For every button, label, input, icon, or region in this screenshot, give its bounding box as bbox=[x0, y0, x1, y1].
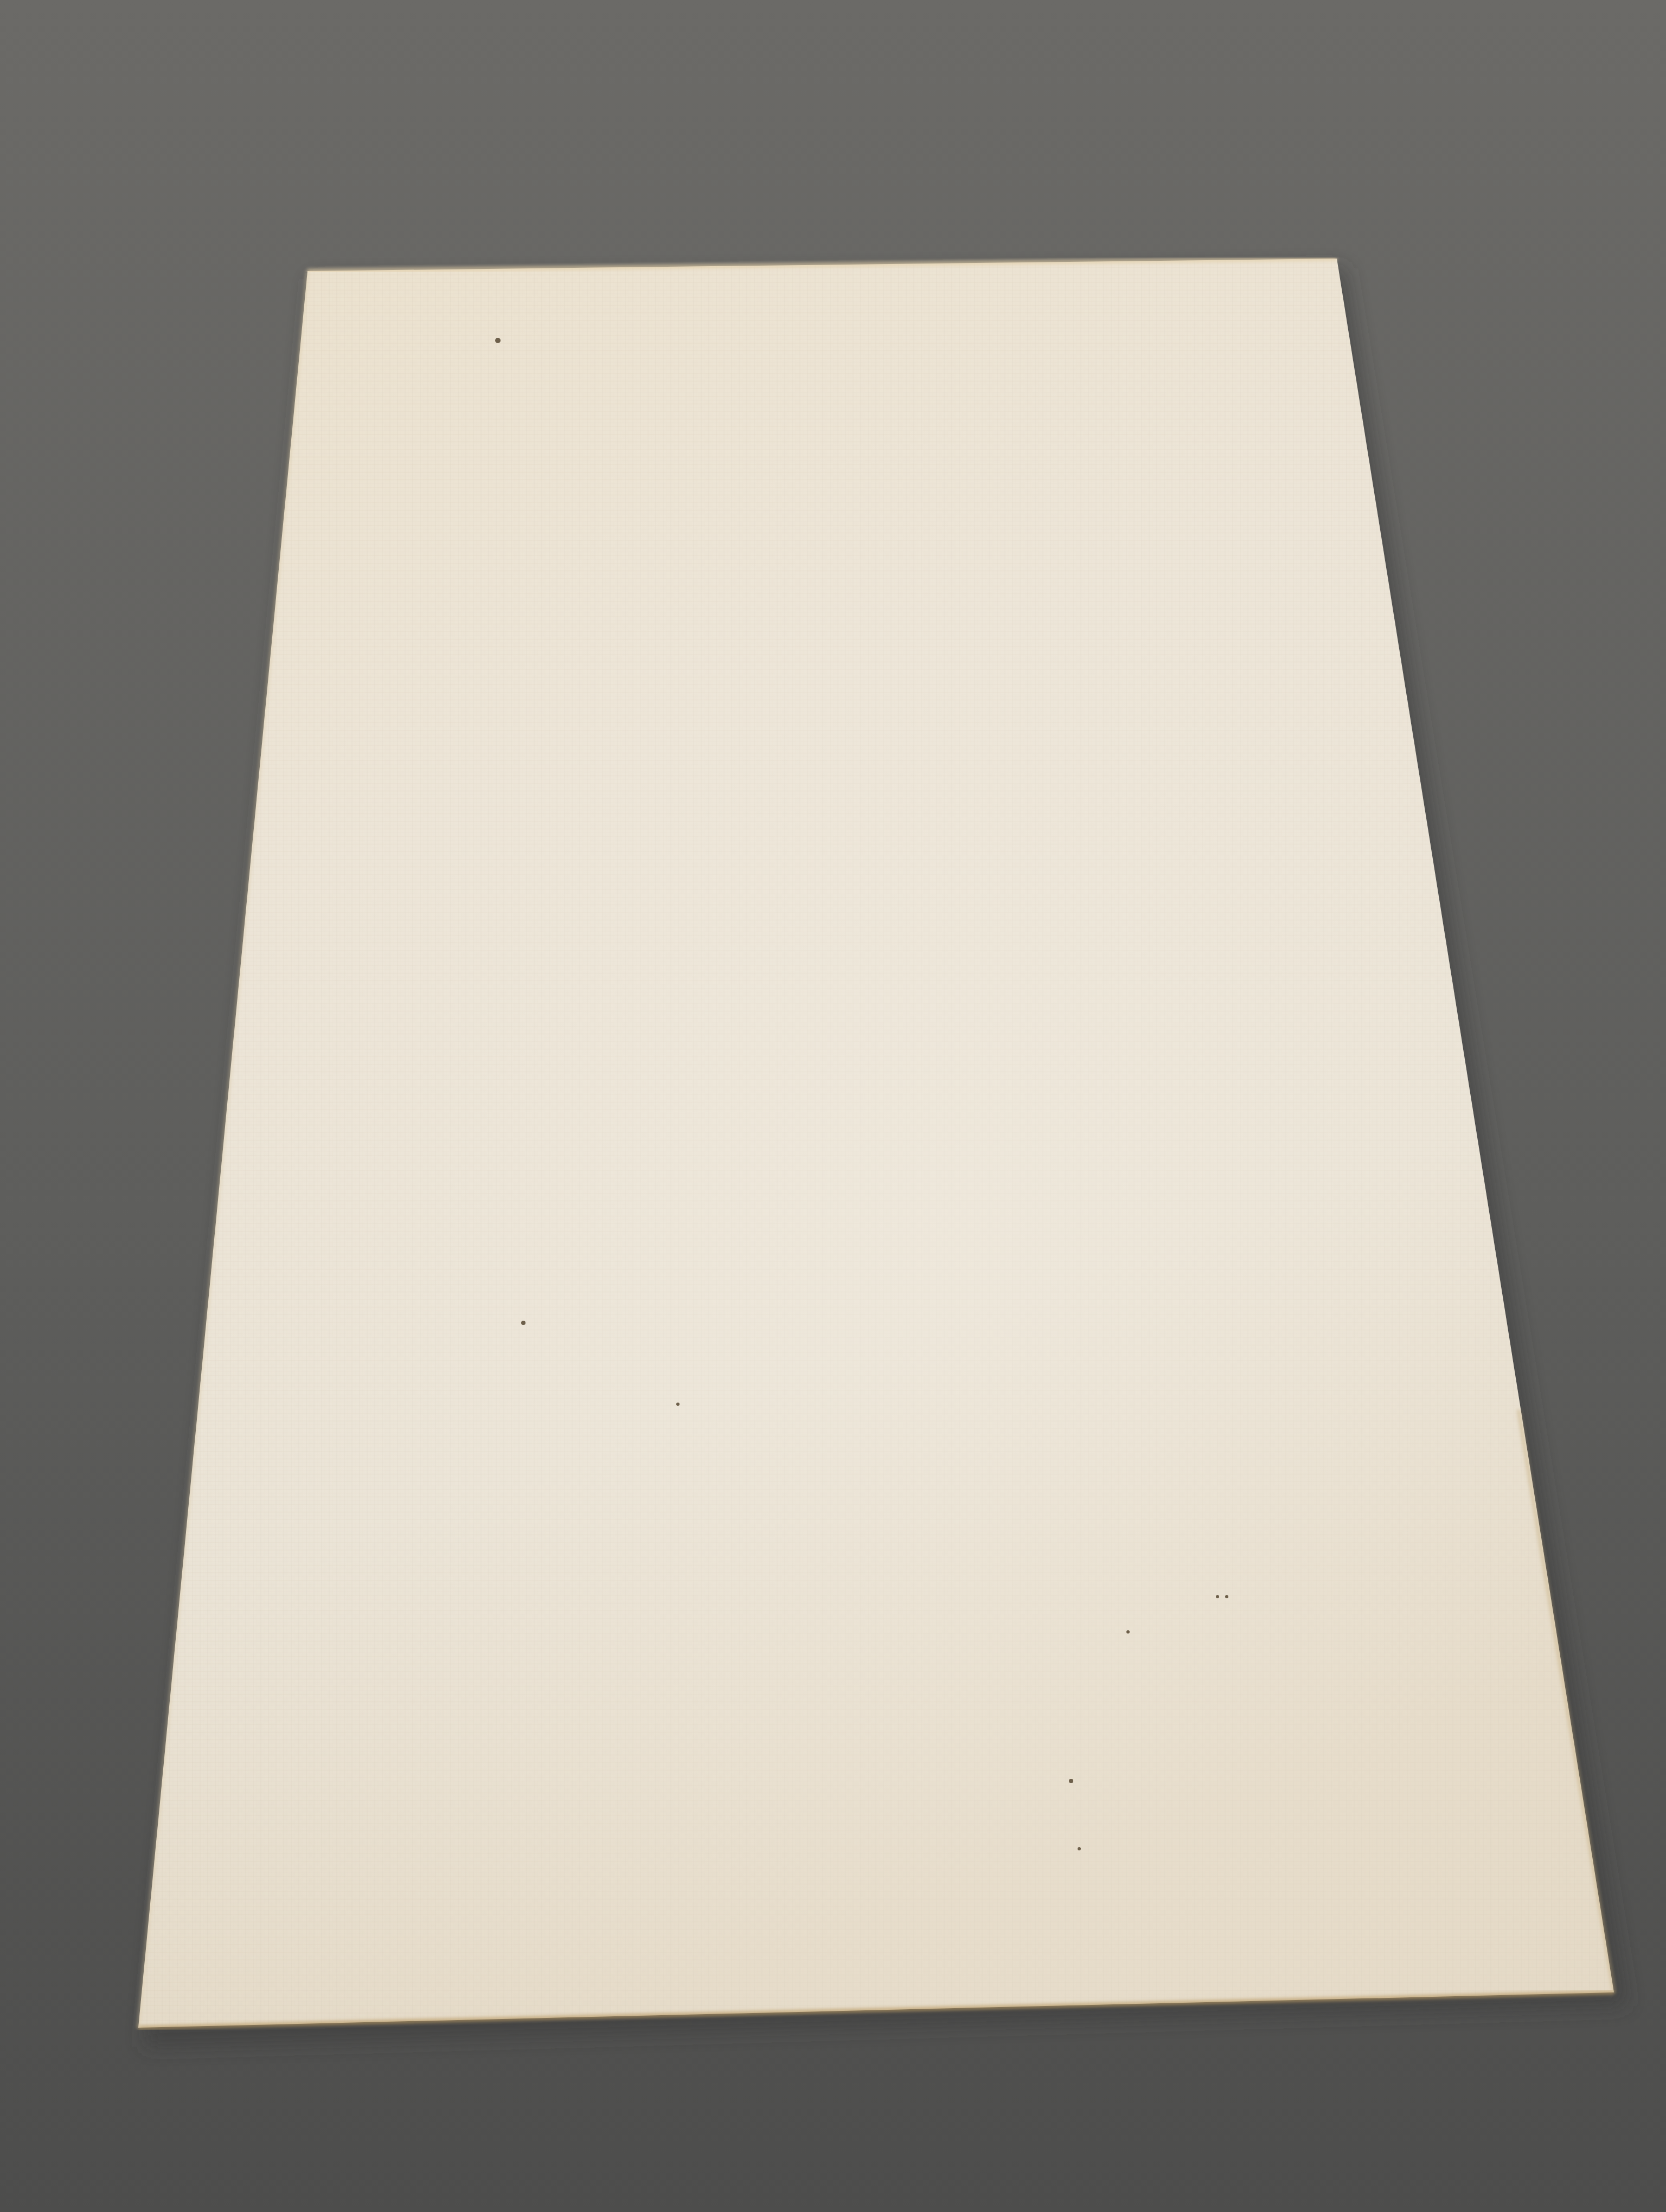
photo-scene bbox=[0, 0, 1666, 2212]
